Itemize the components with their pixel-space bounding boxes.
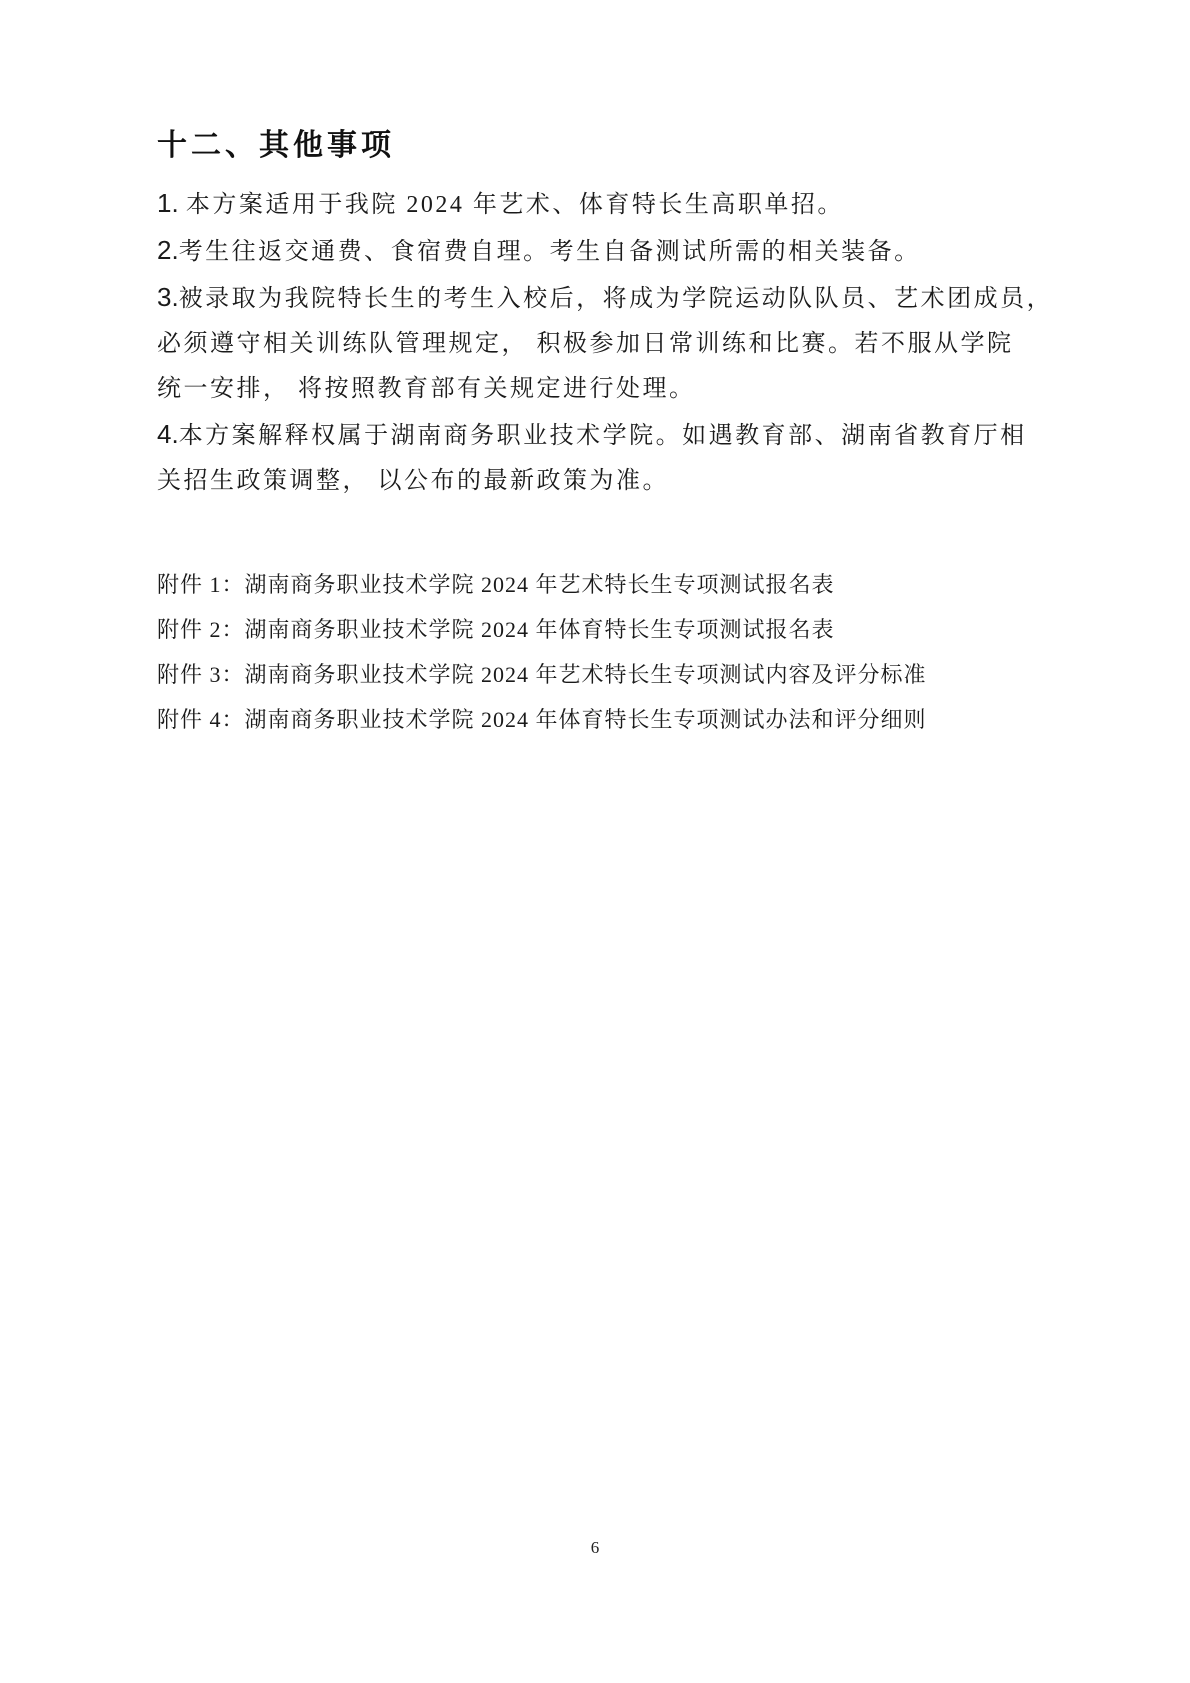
paragraph-text: 被录取为我院特长生的考生入校后，将成为学院运动队队员、艺术团成员，: [179, 286, 1054, 312]
section-heading: 十二、其他事项: [157, 126, 1057, 166]
paragraph-2: 2.考生往返交通费、食宿费自理。考生自备测试所需的相关装备。: [157, 228, 1057, 275]
paragraph-text: 本方案适用于我院 2024 年艺术、体育特长生高职单招。: [186, 192, 844, 218]
paragraph-line: 统一安排， 将按照教育部有关规定进行处理。: [157, 367, 1057, 412]
paragraph-1: 1. 本方案适用于我院 2024 年艺术、体育特长生高职单招。: [157, 181, 1057, 228]
paragraph-text: 本方案解释权属于湖南商务职业技术学院。如遇教育部、湖南省教育厅相: [179, 423, 1027, 449]
list-number: 3.: [157, 282, 179, 312]
paragraph-line: 4.本方案解释权属于湖南商务职业技术学院。如遇教育部、湖南省教育厅相: [157, 412, 1057, 459]
paragraph-line: 3.被录取为我院特长生的考生入校后，将成为学院运动队队员、艺术团成员，: [157, 275, 1057, 322]
attachment-item-4: 附件 4：湖南商务职业技术学院 2024 年体育特长生专项测试办法和评分细则: [157, 697, 1057, 742]
paragraph-text: 考生往返交通费、食宿费自理。考生自备测试所需的相关装备。: [179, 239, 921, 265]
attachment-item-1: 附件 1：湖南商务职业技术学院 2024 年艺术特长生专项测试报名表: [157, 562, 1057, 607]
paragraph-line: 关招生政策调整， 以公布的最新政策为准。: [157, 459, 1057, 504]
paragraph-line: 2.考生往返交通费、食宿费自理。考生自备测试所需的相关装备。: [157, 228, 1057, 275]
attachment-item-2: 附件 2：湖南商务职业技术学院 2024 年体育特长生专项测试报名表: [157, 607, 1057, 652]
document-page: 十二、其他事项 1. 本方案适用于我院 2024 年艺术、体育特长生高职单招。 …: [0, 0, 1190, 1683]
attachment-item-3: 附件 3：湖南商务职业技术学院 2024 年艺术特长生专项测试内容及评分标准: [157, 652, 1057, 697]
page-number: 6: [0, 1538, 1190, 1558]
paragraph-3: 3.被录取为我院特长生的考生入校后，将成为学院运动队队员、艺术团成员， 必须遵守…: [157, 275, 1057, 412]
list-number: 4.: [157, 419, 179, 449]
paragraph-line: 1. 本方案适用于我院 2024 年艺术、体育特长生高职单招。: [157, 181, 1057, 228]
list-number: 1.: [157, 188, 186, 218]
list-number: 2.: [157, 235, 179, 265]
paragraph-line: 必须遵守相关训练队管理规定， 积极参加日常训练和比赛。若不服从学院: [157, 322, 1057, 367]
paragraph-4: 4.本方案解释权属于湖南商务职业技术学院。如遇教育部、湖南省教育厅相 关招生政策…: [157, 412, 1057, 504]
attachment-list: 附件 1：湖南商务职业技术学院 2024 年艺术特长生专项测试报名表 附件 2：…: [157, 562, 1057, 742]
section-body: 1. 本方案适用于我院 2024 年艺术、体育特长生高职单招。 2.考生往返交通…: [157, 181, 1057, 504]
document-content: 十二、其他事项 1. 本方案适用于我院 2024 年艺术、体育特长生高职单招。 …: [157, 126, 1057, 742]
